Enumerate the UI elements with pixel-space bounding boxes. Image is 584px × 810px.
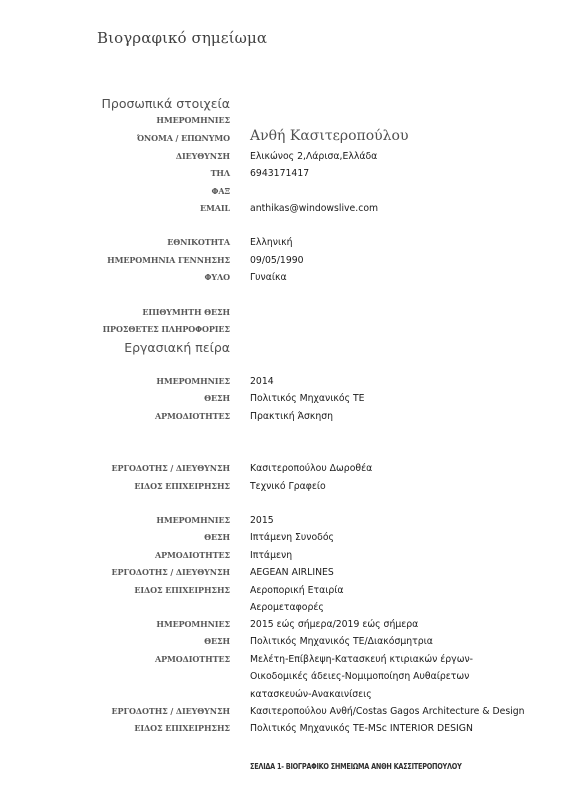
field-label: ΘΕΣΗ: [204, 529, 230, 546]
field-label: ΕΡΓΟΔΟΤΗΣ / ΔΙΕΥΘΥΝΣΗ: [112, 564, 230, 581]
field-row: ΘΕΣΗΙπτάμενη Συνοδός: [0, 529, 584, 546]
field-value: Ιπτάμενη Συνοδός: [250, 529, 334, 546]
field-row: ΑΡΜΟΔΙΟΤΗΤΕΣΜελέτη-Επίβλεψη-Κατασκευή κτ…: [0, 651, 584, 668]
field-row: κατασκευών-Ανακαινίσεις: [0, 686, 584, 703]
field-label: ΕΘΝΙΚΟΤΗΤΑ: [167, 234, 230, 251]
field-value: Ιπτάμενη: [250, 547, 292, 564]
field-value: Πολιτικός Μηχανικός ΤΕ-MSc INTERIOR DESI…: [250, 720, 473, 737]
field-label: ΕΙΔΟΣ ΕΠΙΧΕΙΡΗΣΗΣ: [134, 582, 230, 599]
field-row: Οικοδομικές άδειες-Νομιμοποίηση Αυθαίρετ…: [0, 668, 584, 685]
field-value: Αερομεταφορές: [250, 599, 324, 616]
field-label: ΌΝΟΜΑ / ΕΠΩΝΥΜΟ: [137, 130, 230, 147]
field-value: Κασιτεροπούλου Ανθή/Costas Gagos Archite…: [250, 703, 525, 720]
document-title: Βιογραφικό σημείωμα: [97, 29, 267, 47]
field-value: 6943171417: [250, 165, 309, 182]
section-heading-experience: Εργασιακή πείρα: [124, 339, 230, 356]
field-label: ΔΙΕΥΘΥΝΣΗ: [176, 148, 230, 165]
field-value: 09/05/1990: [250, 252, 304, 269]
field-row: EMAILanthikas@windowslive.com: [0, 200, 584, 217]
page-footer: ΣΕΛΙΔΑ 1- ΒΙΟΓΡΑΦΙΚΟ ΣΗΜΕΙΩΜΑ ΑΝΘΗ ΚΑΣΣΙ…: [250, 762, 462, 771]
field-row: ΘΕΣΗΠολιτικός Μηχανικός ΤΕ/Διακόσμητρια: [0, 633, 584, 650]
field-row: ΕΘΝΙΚΟΤΗΤΑΕλληνική: [0, 234, 584, 251]
field-label: ΕΡΓΟΔΟΤΗΣ / ΔΙΕΥΘΥΝΣΗ: [112, 460, 230, 477]
field-row: ΤΗΛ6943171417: [0, 165, 584, 182]
field-label: ΘΕΣΗ: [204, 390, 230, 407]
field-row: ΗΜΕΡΟΜΗΝΙΑ ΓΕΝΝΗΣΗΣ09/05/1990: [0, 252, 584, 269]
field-label: ΦΥΛΟ: [205, 269, 230, 286]
field-row: ΕΙΔΟΣ ΕΠΙΧΕΙΡΗΣΗΣΠολιτικός Μηχανικός ΤΕ-…: [0, 720, 584, 737]
field-value: κατασκευών-Ανακαινίσεις: [250, 686, 372, 703]
field-value: 2015: [250, 512, 274, 529]
field-label: ΕΡΓΟΔΟΤΗΣ / ΔΙΕΥΘΥΝΣΗ: [112, 703, 230, 720]
field-label: ΘΕΣΗ: [204, 633, 230, 650]
field-value: Τεχνικό Γραφείο: [250, 478, 326, 495]
field-label: ΗΜΕΡΟΜΗΝΙΕΣ: [156, 112, 230, 129]
field-value: Ελικώνος 2,Λάρισα,Ελλάδα: [250, 148, 377, 165]
field-label: ΕΙΔΟΣ ΕΠΙΧΕΙΡΗΣΗΣ: [134, 478, 230, 495]
field-row: ΕΡΓΟΔΟΤΗΣ / ΔΙΕΥΘΥΝΣΗΚασιτεροπούλου Δωρο…: [0, 460, 584, 477]
field-label: ΗΜΕΡΟΜΗΝΙΕΣ: [156, 373, 230, 390]
field-value: Πρακτική Άσκηση: [250, 408, 333, 425]
field-label: ΗΜΕΡΟΜΗΝΙΕΣ: [156, 512, 230, 529]
field-value: Ανθή Κασιτεροπούλου: [250, 128, 408, 145]
field-row: ΕΡΓΟΔΟΤΗΣ / ΔΙΕΥΘΥΝΣΗΚασιτεροπούλου Ανθή…: [0, 703, 584, 720]
field-row: ΌΝΟΜΑ / ΕΠΩΝΥΜΟΑνθή Κασιτεροπούλου: [0, 130, 584, 147]
field-label: ΗΜΕΡΟΜΗΝΙΕΣ: [156, 616, 230, 633]
field-row: ΕΡΓΟΔΟΤΗΣ / ΔΙΕΥΘΥΝΣΗAEGEAN AIRLINES: [0, 564, 584, 581]
field-row: ΠΡΟΣΘΕΤΕΣ ΠΛΗΡΟΦΟΡΙΕΣ: [0, 321, 584, 338]
field-value: Μελέτη-Επίβλεψη-Κατασκευή κτιριακών έργω…: [250, 651, 473, 668]
field-label: ΠΡΟΣΘΕΤΕΣ ΠΛΗΡΟΦΟΡΙΕΣ: [103, 321, 230, 338]
field-value: Ελληνική: [250, 234, 292, 251]
field-row: ΕΠΙΘΥΜΗΤΗ ΘΕΣΗ: [0, 304, 584, 321]
field-value: 2015 εώς σήμερα/2019 εώς σήμερα: [250, 616, 418, 633]
field-label: ΕΠΙΘΥΜΗΤΗ ΘΕΣΗ: [142, 304, 230, 321]
field-row: ΕΙΔΟΣ ΕΠΙΧΕΙΡΗΣΗΣΑεροπορική Εταιρία: [0, 582, 584, 599]
field-value: Πολιτικός Μηχανικός ΤΕ/Διακόσμητρια: [250, 633, 433, 650]
field-row: ΑΡΜΟΔΙΟΤΗΤΕΣΠρακτική Άσκηση: [0, 408, 584, 425]
field-row: Αερομεταφορές: [0, 599, 584, 616]
field-row: ΗΜΕΡΟΜΗΝΙΕΣ2015 εώς σήμερα/2019 εώς σήμε…: [0, 616, 584, 633]
field-row: ΗΜΕΡΟΜΗΝΙΕΣ2014: [0, 373, 584, 390]
field-value: Γυναίκα: [250, 269, 287, 286]
field-row: ΦΑΞ: [0, 183, 584, 200]
field-row: ΗΜΕΡΟΜΗΝΙΕΣ2015: [0, 512, 584, 529]
field-label: ΑΡΜΟΔΙΟΤΗΤΕΣ: [155, 408, 230, 425]
field-row: ΑΡΜΟΔΙΟΤΗΤΕΣΙπτάμενη: [0, 547, 584, 564]
field-row: ΘΕΣΗΠολιτικός Μηχανικός ΤΕ: [0, 390, 584, 407]
field-label: ΗΜΕΡΟΜΗΝΙΑ ΓΕΝΝΗΣΗΣ: [107, 252, 230, 269]
field-value: Πολιτικός Μηχανικός ΤΕ: [250, 390, 365, 407]
field-label: ΤΗΛ: [211, 165, 230, 182]
field-label: ΦΑΞ: [211, 183, 230, 200]
field-label: EMAIL: [200, 200, 230, 217]
field-row: ΗΜΕΡΟΜΗΝΙΕΣ: [0, 112, 584, 129]
field-value: AEGEAN AIRLINES: [250, 564, 334, 581]
field-value: Κασιτεροπούλου Δωροθέα: [250, 460, 372, 477]
field-value: 2014: [250, 373, 274, 390]
field-label: ΑΡΜΟΔΙΟΤΗΤΕΣ: [155, 651, 230, 668]
field-row: ΔΙΕΥΘΥΝΣΗΕλικώνος 2,Λάρισα,Ελλάδα: [0, 148, 584, 165]
field-value: Οικοδομικές άδειες-Νομιμοποίηση Αυθαίρετ…: [250, 668, 469, 685]
field-value: anthikas@windowslive.com: [250, 200, 378, 217]
field-row: ΕΙΔΟΣ ΕΠΙΧΕΙΡΗΣΗΣΤεχνικό Γραφείο: [0, 478, 584, 495]
field-row: ΦΥΛΟΓυναίκα: [0, 269, 584, 286]
field-value: Αεροπορική Εταιρία: [250, 582, 344, 599]
section-heading-personal: Προσωπικά στοιχεία: [102, 95, 230, 112]
field-label: ΑΡΜΟΔΙΟΤΗΤΕΣ: [155, 547, 230, 564]
field-label: ΕΙΔΟΣ ΕΠΙΧΕΙΡΗΣΗΣ: [134, 720, 230, 737]
